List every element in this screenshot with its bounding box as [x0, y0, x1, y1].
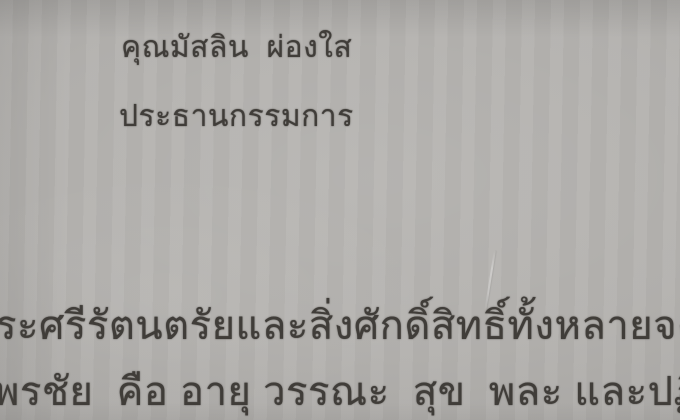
recipient-name: คุณมัสลิน ผ่องใส: [121, 28, 352, 68]
blessing-text-line-2: พรชัย คือ อายุ วรรณะ สุข พละ และปฏิภาณธน…: [0, 366, 680, 418]
photographed-document: คุณมัสลิน ผ่องใส ประธานกรรมการ ระศรีรัตน…: [0, 0, 680, 420]
blessing-text-line-1: ระศรีรัตนตรัยและสิ่งศักดิ์สิทธิ์ทั้งหลาย…: [0, 300, 680, 352]
recipient-title: ประธานกรรมการ: [119, 97, 354, 137]
